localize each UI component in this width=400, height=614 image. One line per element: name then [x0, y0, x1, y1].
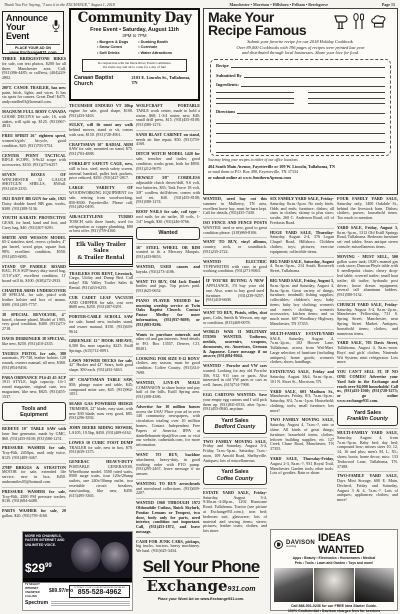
classified-ad: GREENLEE 12" HOOK SHEAVE, 6,500 lbs. max…	[69, 336, 133, 353]
exchange-logo: Exchange931.com	[143, 577, 259, 594]
form-blank-line	[216, 129, 385, 134]
davison-cta: Call 888-501-0236 for our FREE Idea Star…	[274, 604, 394, 614]
community-day-activities: • Burgers & Dogs • Snow Cones • Soft Dri…	[74, 40, 195, 57]
classified-ad: YARD SALE, Friday, August 3, 8a.m.-3p.m.…	[337, 223, 398, 250]
kitchen-utensils-icon	[353, 13, 365, 35]
form-blank-line	[216, 103, 294, 104]
classified-ad: CHURCH YARD SALE, Friday-Saturday, Augus…	[337, 300, 398, 336]
spectrum-plan-list: TV SELECT INTERNET UNLIMITED CALLING	[25, 583, 47, 599]
announce-title: Announce Your Event	[6, 14, 48, 42]
classified-ad: YOUTH KARATE PROTECTIVE GEAR, for head, …	[2, 213, 66, 230]
classified-ad: SMITH AND WESSON MODEL 65-2 stainless st…	[2, 233, 66, 260]
classified-ad: EGG CARTONS WANTED: Save your empty egg …	[203, 390, 267, 412]
newspaper-classifieds-page: Thank You For Saying, "I saw it in the E…	[0, 0, 400, 614]
price-dollars: $29	[25, 561, 45, 575]
section-header: Yard SalesFranklin County	[337, 406, 398, 425]
classified-ad: WANTING TO BUY arrowheads and arrowhead …	[136, 479, 200, 496]
elk-valley-trailer-box-ad: Elk Valley Trailer Sales& Trailer Rental	[69, 236, 133, 267]
classified-ad: ROOF NAILS for sale, coil type - roof na…	[136, 207, 200, 224]
classified-ad: MULTI-FAMILY ESTATE/YARD SALE, Saturday,…	[270, 329, 334, 365]
classified-ad: PARTS WASHER for sale, 20 gallon, $20. (…	[2, 506, 66, 519]
announce-your-event-ad: Announce Your Event PLACE YOUR AD ON www…	[2, 11, 64, 54]
classified-ad: WANTED, need hay cut this summer in Mulb…	[203, 197, 267, 216]
community-day-note: In conjunction with the Duck River Youth…	[82, 59, 187, 73]
classified-column-3: WOLFCRAFT PORTABLE TABLE work center, ma…	[136, 104, 200, 556]
blurb-line: and distributed through local businesses…	[208, 50, 393, 56]
photo-person	[101, 542, 129, 572]
footer-line: or submit online at www.SouthernAprons.c…	[208, 175, 393, 181]
sell-phone-footer: Place your Word Ad on www.Exchange931.co…	[137, 597, 265, 601]
classified-ad: DEWALT 3/8" CORDLESS adjustable clutch d…	[136, 173, 200, 205]
form-blank-line	[308, 92, 386, 93]
davison-brand: DAVISONInventing	[286, 540, 315, 549]
classified-ad: GENERAC HEAVY-DUTY PORTABLE GENERATOR, W…	[69, 457, 133, 498]
classified-ad: TRAILERS FOR RENT, Livestock, Cargo, Uti…	[69, 269, 133, 291]
spectrum-headline: MORE HD CHANNELS, FASTER INTERNET AND UN…	[25, 534, 69, 547]
directions-field-line	[237, 109, 385, 114]
classified-ad: CRAFTSMAN 10" RADIAL ARM SAW for sale, m…	[69, 140, 133, 157]
classified-ad: SAND BLAST CABINET on stand, needs air l…	[136, 130, 200, 147]
form-blank-line	[216, 92, 294, 93]
photo-person	[71, 538, 101, 572]
venue-name: Canaan Baptist Church	[74, 75, 131, 87]
community-day-venue: Canaan Baptist Church 2103 E. Lincoln St…	[74, 75, 195, 87]
spectrum-price: $2999	[25, 561, 52, 575]
classified-ad: FORKLIFT SAFETY CAGE, new, still in box,…	[69, 159, 133, 181]
classified-ad: LAWN MOWER DECKS for sale, 42" Husker an…	[69, 356, 133, 373]
classified-ad: TAURUS PISTOL for sale, 380 automatic, P…	[2, 349, 66, 371]
category-line: Pets • Tools • Lawn and Garden • Toys an…	[274, 561, 394, 566]
classified-ad: TWO FAMILY MOVING SALE, Friday and Satur…	[203, 437, 267, 464]
classified-ad: YOU CAN'T SELL IT, IF NO ONE COMES! Adve…	[337, 367, 398, 403]
classified-ad: 16" STEEL WHEEL OR RIM wanted to fit a M…	[136, 243, 200, 260]
classified-column-5: SIX FAMILY YARD SALE, Friday-Saturday, 8…	[270, 197, 334, 526]
classified-ad: MAGNUM FULL BODY CANADA GOOSE DECOYS for…	[2, 107, 66, 129]
sell-your-phone-ad: Sell Your Phone Exchange931.com Place yo…	[137, 558, 265, 612]
recipe-form: Recipe Submitted By Ingredients: Directi…	[210, 59, 391, 156]
classified-ad: CHARTER ARMS UNDERCOVER 38 SPECIAL for s…	[2, 286, 66, 308]
classified-ad: YARD SALE, 703 Davis Street, Tullahoma, …	[337, 338, 398, 365]
classified-ad: DITCH WITCH MODEL 1420 for sale, trenche…	[136, 149, 200, 171]
sell-phone-headline: Sell Your Phone	[137, 558, 265, 575]
davison-headline: IDEAS WANTED	[318, 532, 394, 556]
davison-d-icon	[274, 540, 283, 549]
disclaimer-line: 100% Confidential • Davison charges fees…	[274, 609, 394, 614]
recipe-field-label: Recipe	[216, 63, 229, 68]
masthead-cities: Manchester • Morrison • Hillsboro • Pelh…	[230, 2, 328, 7]
ingredients-lines-right	[308, 87, 386, 104]
classified-column-6: FOUR FAMILY YARD SALE, Saturday only, 14…	[337, 197, 398, 526]
phone-photo	[355, 568, 394, 602]
plan-item: UNLIMITED CALLING	[25, 591, 47, 599]
classified-ad: Wants to purchase minerals and other oil…	[136, 330, 200, 352]
classified-ad: 1921 DAISY BB GUN for sale, 1921 Daisy d…	[2, 194, 66, 211]
recipe-ad-title: Make Your Recipe Famous	[208, 11, 306, 38]
classified-ad: CASH FOR JUNK CARS, pickups, big trucks,…	[136, 537, 200, 554]
spectrum-photo: MORE HD CHANNELS, FASTER INTERNET AND UN…	[23, 532, 132, 578]
spectrum-phone-box: CONTACT YOUR LOCAL AUTHORIZED RETAILER 8…	[69, 585, 130, 598]
davison-ideas-wanted-ad: DAVISONInventing IDEAS WANTED Apps • Bea…	[270, 529, 398, 611]
classified-ad: THREE BRIDGESTONE BIKES for sale, can te…	[2, 57, 66, 81]
classified-ad: 20FT. CANOE TRAILER, has new paint, hitc…	[2, 83, 66, 105]
classified-ad: Advertise for 10 million homes across th…	[136, 402, 200, 448]
chef-hat-icon	[370, 14, 387, 35]
venue-address: 2103 E. Lincoln St., Tullahoma, TN	[131, 75, 195, 85]
classified-ad: MOVING - MUST SELL, 500 gallon water tan…	[337, 252, 398, 298]
classified-ad: ISO FENCE AND FENCE POSTS WANTED, used o…	[203, 218, 267, 235]
form-blank-line	[216, 119, 385, 124]
recipe-famous-ad: Make Your Recipe Famous Submit your favo…	[203, 8, 398, 195]
announce-line3: Event	[6, 32, 48, 41]
classified-ad: PORTER-CABLE SCROLL SAW for sale, brand …	[69, 312, 133, 334]
form-blank-line	[216, 138, 385, 143]
form-blank-line	[308, 103, 386, 104]
directions-field-label: Directions	[216, 109, 235, 114]
davison-logo	[274, 540, 283, 549]
classified-ad: BIG YARD SALE, Saturday, August 4, 8a.m.…	[270, 257, 334, 274]
classified-ad: HUGE YARD SALE, Thursday-Saturday, Augus…	[270, 228, 334, 255]
classified-ad: LOOKING FOR SIZE 8-12 BOYS' clothes, any…	[136, 354, 200, 376]
classified-ad: PIANO PLAYER NEEDED for morning worship …	[136, 296, 200, 328]
classified-ad: WANTED, LIVE-IN MALE COMPANION to share …	[136, 378, 200, 400]
classified-ad: MULTI-FAMILY YARD SALE, Saturday, August…	[337, 428, 398, 469]
hand-mixer-icon	[334, 14, 348, 35]
classified-ad: WANT TO BUY, Old Jack Daniel bottles and…	[136, 277, 200, 294]
brand-subtitle: Inventing	[286, 546, 315, 549]
masthead-slogan: Thank You For Saying, "I saw it in the E…	[4, 2, 115, 7]
announce-url: www.Exchange931.com	[6, 50, 60, 55]
recipe-title-line2: Recipe Famous	[208, 24, 306, 37]
classified-ad: PARA ORDNANCE P14-45 45 ACP 1911 STYLE, …	[2, 373, 66, 400]
classified-ad: WANTED, USED canoes and kayaks. (931)273…	[136, 262, 200, 275]
classified-ad: WANT TO BUY, Pistols, rifles, shot guns,…	[203, 308, 267, 325]
submitted-by-field-line	[244, 73, 385, 78]
spectrum-phone-number: 855-528-4962	[70, 589, 129, 596]
classified-ad: LOWES 10 CUBIC FOOT DUMP TRAILER for sal…	[69, 438, 133, 455]
classified-ad: 38 SPECIAL REVOLVER, 4" barrel, chrome p…	[2, 310, 66, 332]
classified-ad: TWO FAMILY MOVING SALE, Saturday, August…	[270, 415, 334, 451]
section-header: Yard SalesBedford County	[203, 415, 267, 434]
classified-ad: SIX FAMILY YARD SALE, Friday-Saturday, 8…	[270, 197, 334, 226]
classified-ad: CENTER POINT TACTICAL RIFLE SCOPE, 3-9x3…	[2, 151, 66, 168]
classified-ad: AIR/ACETYLENE TURBO TORCH with three hea…	[69, 212, 133, 234]
classified-ad: SEARS GAS POWERED HEDGE TRIMMER, 22" bla…	[69, 399, 133, 421]
form-blank-line	[216, 148, 385, 153]
classified-column-4: WANTED, need hay cut this summer in Mulb…	[203, 197, 267, 555]
spectrum-ad: MORE HD CHANNELS, FASTER INTERNET AND UN…	[22, 531, 133, 611]
form-blank-line	[308, 98, 386, 99]
section-header: Yard SalesCoffee County	[203, 466, 267, 485]
classified-ad: 27HP BRIGGS & STRATTON MOTOR for sale, e…	[2, 463, 66, 485]
classified-ad: IF YOU'RE BUYING A NEW APPLIANCE, I'll b…	[203, 276, 267, 306]
fine-print	[51, 600, 130, 607]
classified-ad: YARD SALE, 603 Madison St., Manchester, …	[270, 387, 334, 414]
classified-ad: PRESSURE WASHER for sale, Troy-Bilt, 250…	[2, 487, 66, 504]
classified-ad: STAND UP PADDLE BOARD BAG, FCS SUP heavy…	[2, 262, 66, 284]
classified-ad: DAVIS DERRINGER 38 SPECIAL, like new, $2…	[2, 334, 66, 347]
classified-ad: YARD SALE, Thursday-Friday, August 2-3, …	[270, 454, 334, 476]
classified-ad: WANT TO BUY, vinyl albums, country, rock…	[203, 237, 267, 254]
classified-ad: REDEYE 10" TABLE SAW with laser line gen…	[2, 424, 66, 441]
section-header: Wanted	[136, 227, 200, 240]
directions-lines	[216, 119, 385, 153]
community-day-subtitle: Free Event • Saturday, August 11th	[74, 27, 195, 33]
community-day-time: 3PM to 7PM	[74, 33, 195, 38]
section-header: Tools andEquipment	[2, 402, 66, 421]
classified-ad: TWO-FAMILY YARD SALE, Days Mini Storage,…	[337, 471, 398, 503]
classified-ad: TECUMSEH ENDURO VT 20hp engine for sale,…	[69, 104, 133, 118]
activity-item: • Water Attractions	[138, 51, 172, 57]
classified-ad: FOUR FAMILY YARD SALE, Saturday only, 14…	[337, 197, 398, 221]
price-cents: 99	[45, 563, 52, 569]
recipe-ad-footer: You may bring your recipes to either of …	[208, 158, 393, 180]
community-day-title: Community Day	[74, 12, 195, 26]
classified-ad: WOLFCRAFT PORTABLE TABLE work center, ma…	[136, 104, 200, 128]
classified-ad: WANT TO BUY, backhoe attachment, heavy-d…	[136, 450, 200, 477]
classified-ad: FREE SPIRIT 26" eighteen speed, women's/…	[2, 131, 66, 148]
recipe-ad-blurb: Submit your favorite recipe for our 2018…	[208, 39, 393, 57]
car-photo	[274, 568, 313, 602]
exchange-domain: 931.com	[228, 586, 256, 593]
recipe-field-line	[231, 63, 385, 68]
davison-photo-strip	[274, 568, 394, 602]
classified-ad: WANTED 1968 THROUGH 1972 Oldsmobile Cutl…	[136, 498, 200, 534]
note-line: We invite any and all to come for a day …	[85, 65, 185, 69]
classified-ad: ESTATE YARD SALE, Friday-Saturday, Augus…	[203, 488, 267, 534]
masthead-page-number: Page 15	[382, 2, 395, 7]
classified-ad: ESTATE/TAG SALE, Friday and Saturday, Au…	[270, 367, 334, 384]
ingredients-lines-left	[216, 87, 294, 104]
community-day-ad: Community Day Free Event • Saturday, Aug…	[69, 8, 200, 101]
classified-ad: SEVEN BOXES OF WINCHESTER 12 GAUGE SHOTG…	[2, 170, 66, 192]
classified-ad: LARGE VARIETY OF WOODWORKING EQUIPMENT f…	[69, 183, 133, 210]
classified-ad: WORLD WAR II MILITARY ITEMS WANTED. Unif…	[203, 327, 267, 359]
spectrum-bundle-price: $89.97/mo	[49, 588, 67, 594]
classified-ad: JOHN DEERE RIDING MOWER, LA105, 19.5hp, …	[69, 423, 133, 436]
davison-categories: Apps • Beauty • Electronics • Housewares…	[274, 556, 394, 566]
classified-ad: BIG YARD SALE, Friday, August 3, 8a.m.-3…	[270, 276, 334, 327]
activity-item: • Soft Drinks	[97, 51, 128, 57]
classified-ad: CUB CADET LEAF VACUUM AND CHIPPER for sa…	[69, 293, 133, 310]
face-photo	[314, 568, 353, 602]
exchange-wordmark: Exchange	[146, 577, 227, 595]
form-blank-line	[216, 98, 294, 99]
classified-column-1: THREE BRIDGESTONE BIKES for sale, can te…	[2, 57, 66, 530]
classified-ad: PRESSURE WASHER for sale, Troy-Bilt, 245…	[2, 443, 66, 460]
classified-ad: WANTED - Porsche and VW cars wanted. Loo…	[203, 361, 267, 388]
classified-ad: SULKY, will fit most any walk behind mow…	[69, 120, 133, 137]
classified-ad: 10" CRAFTSMAN TABLE SAW, $50; plunge rou…	[69, 375, 133, 397]
spectrum-logo: Spectrum	[25, 600, 48, 606]
classified-ad: WANTED ELECTRIC TYPEWRITER with case, in…	[203, 257, 267, 274]
submitted-by-field-label: Submitted By	[216, 73, 242, 78]
microphone-icon	[52, 20, 60, 42]
